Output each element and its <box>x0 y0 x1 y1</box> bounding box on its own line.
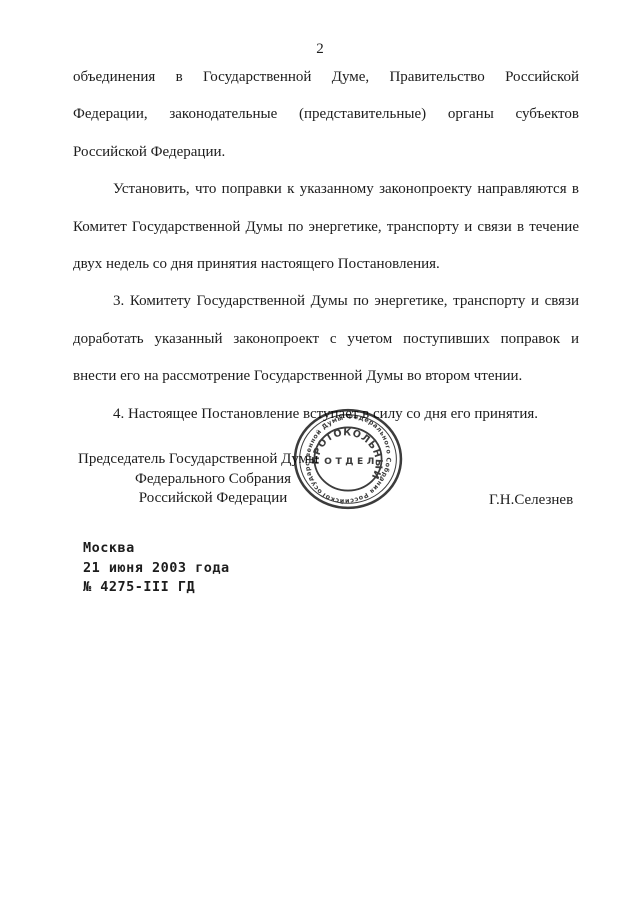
document-page: 2 объединения в Государственной Думе, Пр… <box>0 0 640 900</box>
footer-date: 21 июня 2003 года <box>83 559 230 579</box>
body-line-6: двух недель со дня принятия настоящего П… <box>73 246 579 283</box>
body-line-3: Российской Федерации. <box>73 134 579 171</box>
body-line-2: Федерации, законодательные (представител… <box>73 96 579 133</box>
signer-name: Г.Н.Селезнев <box>489 492 573 509</box>
footer-block: Москва 21 июня 2003 года № 4275-III ГД <box>83 539 230 598</box>
body-line-1: объединения в Государственной Думе, Прав… <box>73 59 579 96</box>
footer-doc-number: № 4275-III ГД <box>83 578 230 598</box>
footer-city: Москва <box>83 539 230 559</box>
body-line-9: внести его на рассмотрение Государственн… <box>73 358 579 395</box>
body-line-8: доработать указанный законопроект с учет… <box>73 321 579 358</box>
page-number: 2 <box>0 41 640 58</box>
document-body: объединения в Государственной Думе, Прав… <box>73 59 579 433</box>
body-line-7: 3. Комитету Государственной Думы по энер… <box>73 283 579 320</box>
stamp-center-text: ОТДЕЛ <box>324 456 378 467</box>
protocol-department-stamp-icon: Государственной Думы Федерального Собран… <box>292 407 404 511</box>
body-line-5: Комитет Государственной Думы по энергети… <box>73 209 579 246</box>
body-line-4: Установить, что поправки к указанному за… <box>73 171 579 208</box>
